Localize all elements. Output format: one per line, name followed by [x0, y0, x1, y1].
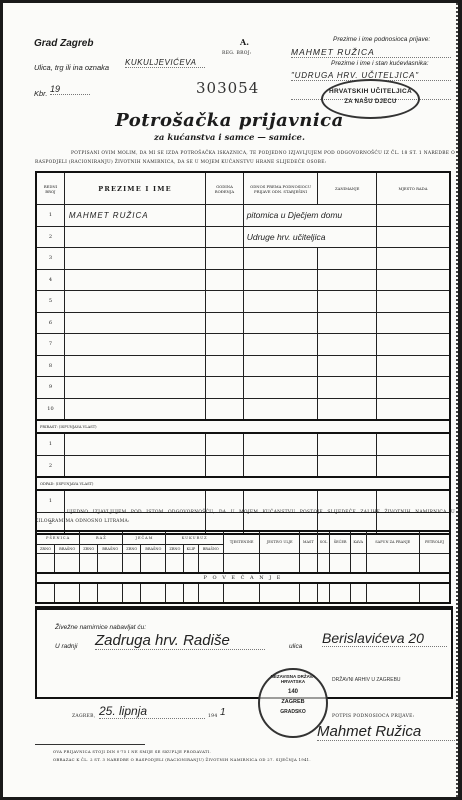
person-name[interactable] — [64, 398, 205, 420]
stock-cell[interactable] — [184, 553, 198, 573]
stock-cell[interactable] — [330, 553, 350, 573]
stock-salt: SOL — [317, 531, 330, 553]
person-relation[interactable] — [243, 433, 318, 455]
archive-stamp: DRŽAVNI ARHIV U ZAGREBU — [332, 677, 401, 683]
person-relation[interactable] — [243, 269, 318, 291]
year-label: 194 — [208, 714, 218, 719]
street-value: KUKULJEVIĆEVA — [125, 58, 205, 68]
stock-group-rye: RAŽ — [80, 531, 123, 544]
person-occupation[interactable] — [318, 334, 376, 356]
stock-cell[interactable] — [366, 553, 419, 573]
row-number: 9 — [36, 377, 64, 399]
form-letter: A. — [240, 37, 249, 47]
stock-cell[interactable] — [330, 583, 350, 603]
stock-petroleum: PETROLEJ — [419, 531, 450, 553]
applicant-value: MAHMET RUŽICA — [291, 47, 451, 58]
person-name[interactable] — [64, 334, 205, 356]
stock-pasta: TJESTENINE — [223, 531, 260, 553]
stock-cell[interactable] — [166, 583, 184, 603]
person-workplace[interactable] — [376, 433, 450, 455]
row-number: 4 — [36, 269, 64, 291]
stock-lard: MAST — [300, 531, 318, 553]
stock-sub: KLIP — [184, 544, 198, 553]
person-year[interactable] — [206, 377, 243, 399]
stock-cell[interactable] — [198, 553, 223, 573]
stock-cell[interactable] — [55, 553, 80, 573]
stock-cell[interactable] — [98, 553, 123, 573]
person-relation[interactable] — [243, 355, 318, 377]
person-row: 5 — [36, 291, 450, 313]
person-year[interactable] — [206, 312, 243, 334]
person-workplace[interactable] — [376, 455, 450, 477]
stock-cell[interactable] — [419, 583, 450, 603]
person-relation[interactable] — [243, 312, 318, 334]
stock-group-barley: JEČAM — [123, 531, 166, 544]
person-name[interactable] — [64, 355, 205, 377]
stock-cell[interactable] — [123, 583, 141, 603]
stock-sub: ZRNO — [36, 544, 55, 553]
stock-sub: BRAŠNO — [141, 544, 166, 553]
house-number-label: Kbr. — [34, 89, 47, 98]
person-year[interactable] — [206, 433, 243, 455]
stock-cell[interactable] — [80, 553, 98, 573]
house-number-value: 19 — [50, 84, 90, 95]
person-relation[interactable]: pitomica u Dječjem domu — [243, 205, 376, 227]
stock-cell[interactable] — [223, 583, 260, 603]
person-row: 6 — [36, 312, 450, 334]
col-relation: ODNOS PREMA PODNOSIOCU PRIJAVE ODN. STAR… — [243, 172, 318, 205]
person-name[interactable] — [64, 291, 205, 313]
person-relation[interactable] — [243, 398, 318, 420]
stock-cell[interactable] — [419, 553, 450, 573]
person-year[interactable] — [206, 455, 243, 477]
person-occupation[interactable] — [318, 355, 376, 377]
person-name[interactable] — [64, 269, 205, 291]
col-occupation: ZANIMANJE — [318, 172, 376, 205]
stock-cell[interactable] — [317, 583, 330, 603]
col-name: PREZIME I IME — [64, 172, 205, 205]
row-number: 5 — [36, 291, 64, 313]
applicant-label: Prezime i ime podnosioca prijave: — [333, 36, 430, 43]
increase-heading: P O V E Ć A N J E — [36, 573, 450, 583]
intro-declaration: POTPISANI OVIM MOLIM, DA MI SE IZDA POTR… — [35, 149, 455, 167]
person-relation[interactable] — [243, 377, 318, 399]
person-year[interactable] — [206, 334, 243, 356]
shop-label: U radnji — [55, 643, 77, 650]
col-workplace: MJESTO RADA — [376, 172, 450, 205]
person-name[interactable] — [64, 248, 205, 270]
person-year[interactable] — [206, 291, 243, 313]
year-value[interactable]: 1 — [220, 707, 226, 718]
prirast-heading: PRIRAST: (ispunjava vlast) — [36, 420, 450, 433]
odpad-section: ODPAD: (ispunjava vlast) — [36, 477, 450, 490]
person-row: 2Udruge hrv. učiteljica — [36, 226, 450, 248]
person-row: 7 — [36, 334, 450, 356]
person-year[interactable] — [206, 269, 243, 291]
row-number: 8 — [36, 355, 64, 377]
stock-cell[interactable] — [184, 583, 198, 603]
stock-sub: BRAŠNO — [55, 544, 80, 553]
row-number: 1 — [36, 205, 64, 227]
person-year[interactable] — [206, 248, 243, 270]
reg-number-label: REG. BROJ: — [222, 51, 252, 56]
place-label: ZAGREB, — [72, 714, 95, 719]
person-occupation[interactable] — [318, 291, 376, 313]
stock-cell[interactable] — [55, 583, 80, 603]
person-row: 10 — [36, 398, 450, 420]
stock-cell[interactable] — [260, 553, 300, 573]
stock-increase-row — [36, 583, 450, 603]
person-year[interactable] — [206, 355, 243, 377]
stock-sugar: ŠEĆER — [330, 531, 350, 553]
stamp-bottom: GRADSKO — [260, 709, 326, 715]
stock-oil: JESTIVO ULJE — [260, 531, 300, 553]
stock-group-corn: KUKURUZ — [166, 531, 223, 544]
stock-cell[interactable] — [198, 583, 223, 603]
person-workplace[interactable] — [376, 269, 450, 291]
person-year[interactable] — [206, 226, 243, 248]
person-row: 4 — [36, 269, 450, 291]
person-workplace[interactable] — [376, 355, 450, 377]
stock-cell[interactable] — [350, 553, 366, 573]
person-year[interactable] — [206, 205, 243, 227]
person-row: 1MAHMET RUŽICApitomica u Dječjem domu — [36, 205, 450, 227]
person-occupation[interactable] — [318, 248, 376, 270]
stock-cell[interactable] — [300, 583, 318, 603]
stamp-center: ZAGREB — [260, 699, 326, 705]
prirast-row: 1 — [36, 433, 450, 455]
form-page: Grad Zagreb Ulica, trg ili ina oznaka KU… — [3, 3, 458, 797]
form-title: Potrošačka prijavnica — [3, 110, 456, 131]
persons-table: REDNI BROJ PREZIME I IME GODINA ROĐENJA … — [35, 171, 451, 535]
householder-label: Prezime i ime i stan kućevlasnika: — [331, 60, 429, 67]
stock-group-wheat: PŠENICA — [36, 531, 80, 544]
person-workplace[interactable] — [376, 377, 450, 399]
person-workplace[interactable] — [376, 205, 450, 227]
stamp-number: 140 — [260, 689, 326, 695]
person-workplace[interactable] — [376, 312, 450, 334]
stamp-line-2: ZA NAŠU DJECU — [323, 99, 418, 105]
signature-value[interactable]: Mahmet Ružica — [317, 723, 455, 741]
person-name[interactable] — [64, 226, 205, 248]
stock-sub: ZRNO — [166, 544, 184, 553]
stamp-line-1: HRVATSKIH UČITELJICA — [323, 88, 418, 95]
person-occupation[interactable] — [318, 433, 376, 455]
person-relation[interactable] — [243, 334, 318, 356]
footnote-regulation: OBRAZAC K ČL. 2 ST. 3 NAREDBE O RASPODJE… — [53, 757, 311, 762]
prirast-section: PRIRAST: (ispunjava vlast) — [36, 420, 450, 433]
stock-declaration: UJEDNO IZJAVLJUJEM POD ISTOM ODGOVORNOŠĆ… — [35, 508, 455, 526]
stock-table: PŠENICA RAŽ JEČAM KUKURUZ TJESTENINE JES… — [35, 530, 451, 604]
person-workplace[interactable] — [376, 291, 450, 313]
stock-cell[interactable] — [366, 583, 419, 603]
person-name[interactable] — [64, 312, 205, 334]
stock-coffee: KAVA — [350, 531, 366, 553]
person-row: 9 — [36, 377, 450, 399]
row-number: 10 — [36, 398, 64, 420]
stamp-ring-text: NEZAVISNA DRŽAVA HRVATSKA — [260, 674, 326, 684]
person-name[interactable]: MAHMET RUŽICA — [64, 205, 205, 227]
stock-cell[interactable] — [123, 553, 141, 573]
serial-number: 303054 — [196, 79, 259, 97]
stock-cell[interactable] — [300, 553, 318, 573]
footnote-price: OVA PRIJAVNICA STOJI DIN 0'75 I NE SMIJE… — [53, 749, 211, 754]
person-name[interactable] — [64, 433, 205, 455]
stock-sub: ZRNO — [123, 544, 141, 553]
person-name[interactable] — [64, 455, 205, 477]
odpad-heading: ODPAD: (ispunjava vlast) — [36, 477, 450, 490]
stock-cell[interactable] — [36, 583, 55, 603]
person-workplace[interactable] — [376, 398, 450, 420]
person-relation[interactable] — [243, 248, 318, 270]
person-workplace[interactable] — [376, 334, 450, 356]
stock-values-row — [36, 553, 450, 573]
street-label: Ulica, trg ili ina oznaka — [34, 63, 109, 72]
person-row: 8 — [36, 355, 450, 377]
row-number: 7 — [36, 334, 64, 356]
stock-cell[interactable] — [350, 583, 366, 603]
signature-label: POTPIS PODNOSIOCA PRIJAVE: — [332, 714, 415, 719]
prirast-row: 2 — [36, 455, 450, 477]
supply-box: Živežne namirnice nabavljat ću: U radnji… — [35, 606, 453, 699]
person-relation[interactable] — [243, 455, 318, 477]
person-name[interactable] — [64, 377, 205, 399]
stock-sub: BRAŠNO — [98, 544, 123, 553]
person-occupation[interactable] — [318, 377, 376, 399]
stock-cell[interactable] — [36, 553, 55, 573]
stock-sub: BRAŠNO — [198, 544, 223, 553]
stock-cell[interactable] — [141, 553, 166, 573]
stock-cell[interactable] — [166, 553, 184, 573]
person-workplace[interactable] — [376, 248, 450, 270]
person-workplace[interactable] — [376, 226, 450, 248]
stock-cell[interactable] — [98, 583, 123, 603]
col-birth-year: GODINA ROĐENJA — [206, 172, 243, 205]
row-number: 2 — [36, 455, 64, 477]
form-subtitle: za kućanstva i samce — samice. — [3, 133, 456, 143]
stock-cell[interactable] — [223, 553, 260, 573]
stock-cell[interactable] — [260, 583, 300, 603]
supply-label: Živežne namirnice nabavljat ću: — [55, 624, 146, 631]
stock-soap: SAPUN ZA PRANJE — [366, 531, 419, 553]
col-ordinal: REDNI BROJ — [36, 172, 64, 205]
city-label: Grad Zagreb — [34, 38, 93, 49]
row-number: 6 — [36, 312, 64, 334]
shop-street-value[interactable]: Berislavićeva 20 — [322, 630, 447, 647]
row-number: 3 — [36, 248, 64, 270]
date-value[interactable]: 25. lipnja — [99, 704, 205, 719]
footnote-divider — [35, 744, 145, 745]
person-occupation[interactable] — [318, 269, 376, 291]
shop-value[interactable]: Zadruga hrv. Radiše — [95, 632, 265, 650]
stock-cell[interactable] — [317, 553, 330, 573]
stock-cell[interactable] — [141, 583, 166, 603]
person-occupation[interactable] — [318, 398, 376, 420]
row-number: 1 — [36, 433, 64, 455]
person-occupation[interactable] — [318, 312, 376, 334]
stock-cell[interactable] — [80, 583, 98, 603]
stock-sub: ZRNO — [80, 544, 98, 553]
person-occupation[interactable] — [318, 455, 376, 477]
person-relation[interactable]: Udruge hrv. učiteljica — [243, 226, 376, 248]
person-relation[interactable] — [243, 291, 318, 313]
person-year[interactable] — [206, 398, 243, 420]
person-row: 3 — [36, 248, 450, 270]
row-number: 2 — [36, 226, 64, 248]
shop-street-label: ulica — [289, 643, 302, 650]
